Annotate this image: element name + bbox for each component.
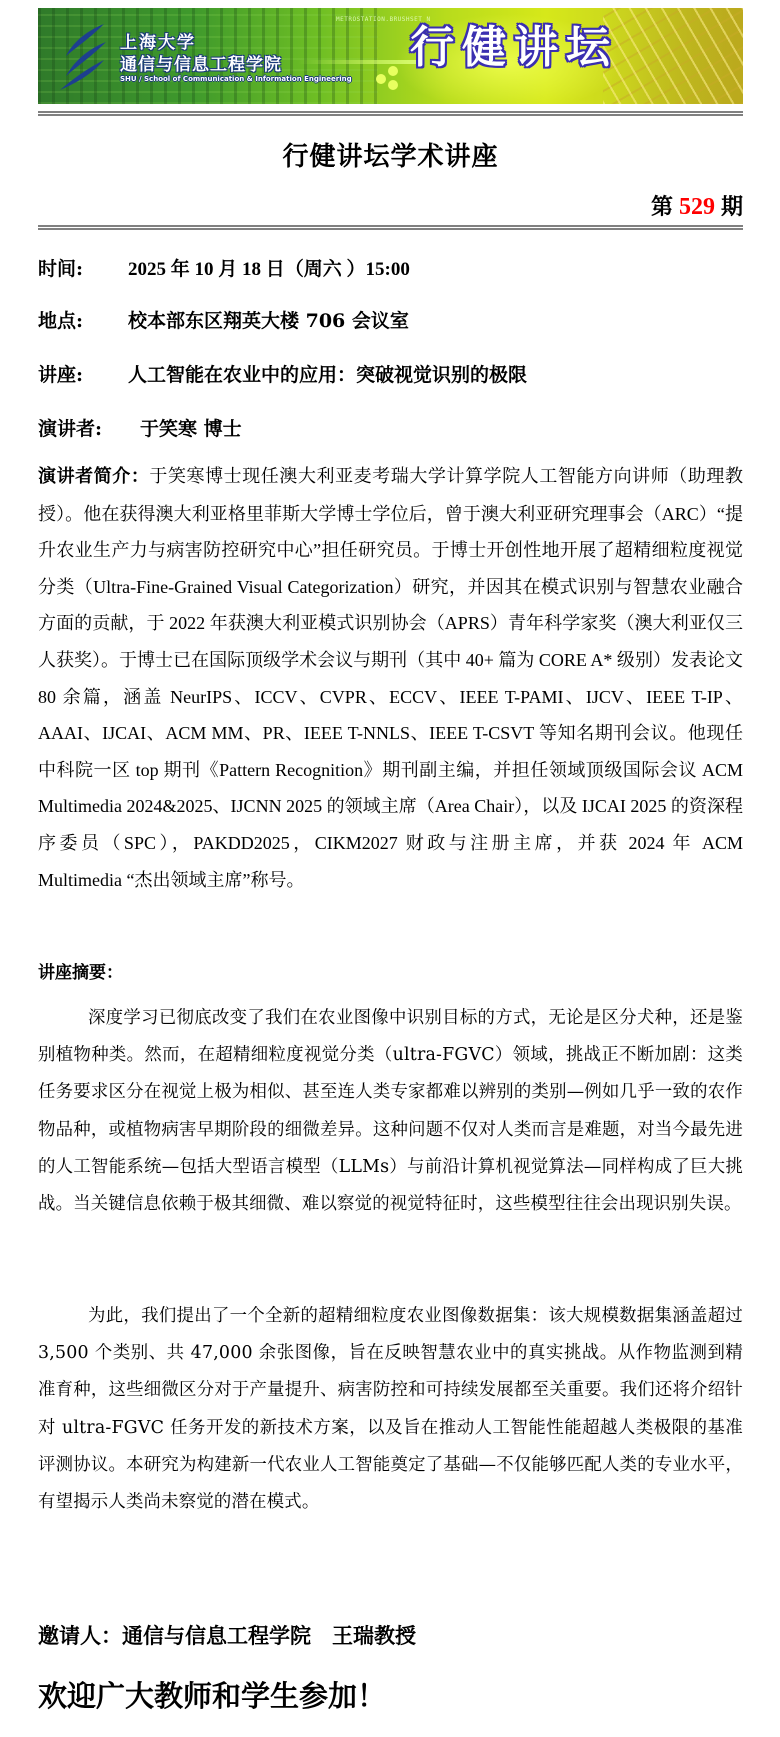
welcome-message: 欢迎广大教师和学生参加！: [38, 1674, 386, 1715]
page-title: 行健讲坛学术讲座: [38, 136, 743, 173]
issue-suffix: 期: [721, 194, 743, 220]
speaker-name: 于笑寒 博士: [140, 418, 242, 440]
abstract-paragraph-2: 为此，我们提出了一个全新的超精细粒度农业图像数据集：该大规模数据集涵盖超过 3,…: [38, 1298, 743, 1521]
forum-title: 行健讲坛: [410, 26, 618, 70]
speaker-bio: 演讲者简介：于笑寒博士现任澳大利亚麦考瑞大学计算学院人工智能方向讲师（助理教授）…: [38, 458, 743, 898]
issue-number: 第529期: [651, 190, 743, 221]
bio-text: 于笑寒博士现任澳大利亚麦考瑞大学计算学院人工智能方向讲师（助理教授）。他在获得澳…: [38, 466, 743, 890]
university-logo-icon: [54, 22, 110, 92]
banner-decor-dots-icon: [376, 66, 402, 92]
issue-number-value: 529: [679, 194, 715, 220]
time-value: 2025 年 10 月 18 日（周六 ）15:00: [128, 259, 410, 280]
speaker-field: 演讲者:于笑寒 博士: [38, 414, 242, 441]
abstract-label: 讲座摘要：: [38, 958, 123, 983]
divider-bottom: [38, 225, 743, 230]
lecture-field: 讲座:人工智能在农业中的应用：突破视觉识别的极限: [38, 360, 527, 387]
school-name-en: SHU / School of Communication & Informat…: [120, 75, 352, 83]
abstract-paragraph-1: 深度学习已彻底改变了我们在农业图像中识别目标的方式，无论是区分犬种，还是鉴别植物…: [38, 1000, 743, 1223]
inviter: 邀请人：通信与信息工程学院 王瑞教授: [38, 1620, 416, 1650]
place-label: 地点:: [38, 306, 128, 333]
issue-prefix: 第: [651, 194, 673, 220]
banner-tower-image: [603, 8, 743, 104]
lecture-label: 讲座:: [38, 360, 128, 387]
time-label: 时间:: [38, 254, 128, 281]
time-field: 时间:2025 年 10 月 18 日（周六 ）15:00: [38, 254, 410, 281]
lecture-title: 人工智能在农业中的应用：突破视觉识别的极限: [128, 364, 527, 386]
banner-decor-bar: [298, 60, 418, 64]
place-value: 校本部东区翔英大楼 706 会议室: [128, 310, 409, 332]
school-name-cn-line2: 通信与信息工程学院: [120, 50, 282, 75]
place-field: 地点:校本部东区翔英大楼 706 会议室: [38, 306, 409, 333]
speaker-label: 演讲者:: [38, 414, 140, 441]
banner: 上海大学 通信与信息工程学院 SHU / School of Communica…: [38, 8, 743, 104]
bio-label: 演讲者简介：: [38, 466, 149, 487]
divider-top: [38, 111, 743, 116]
